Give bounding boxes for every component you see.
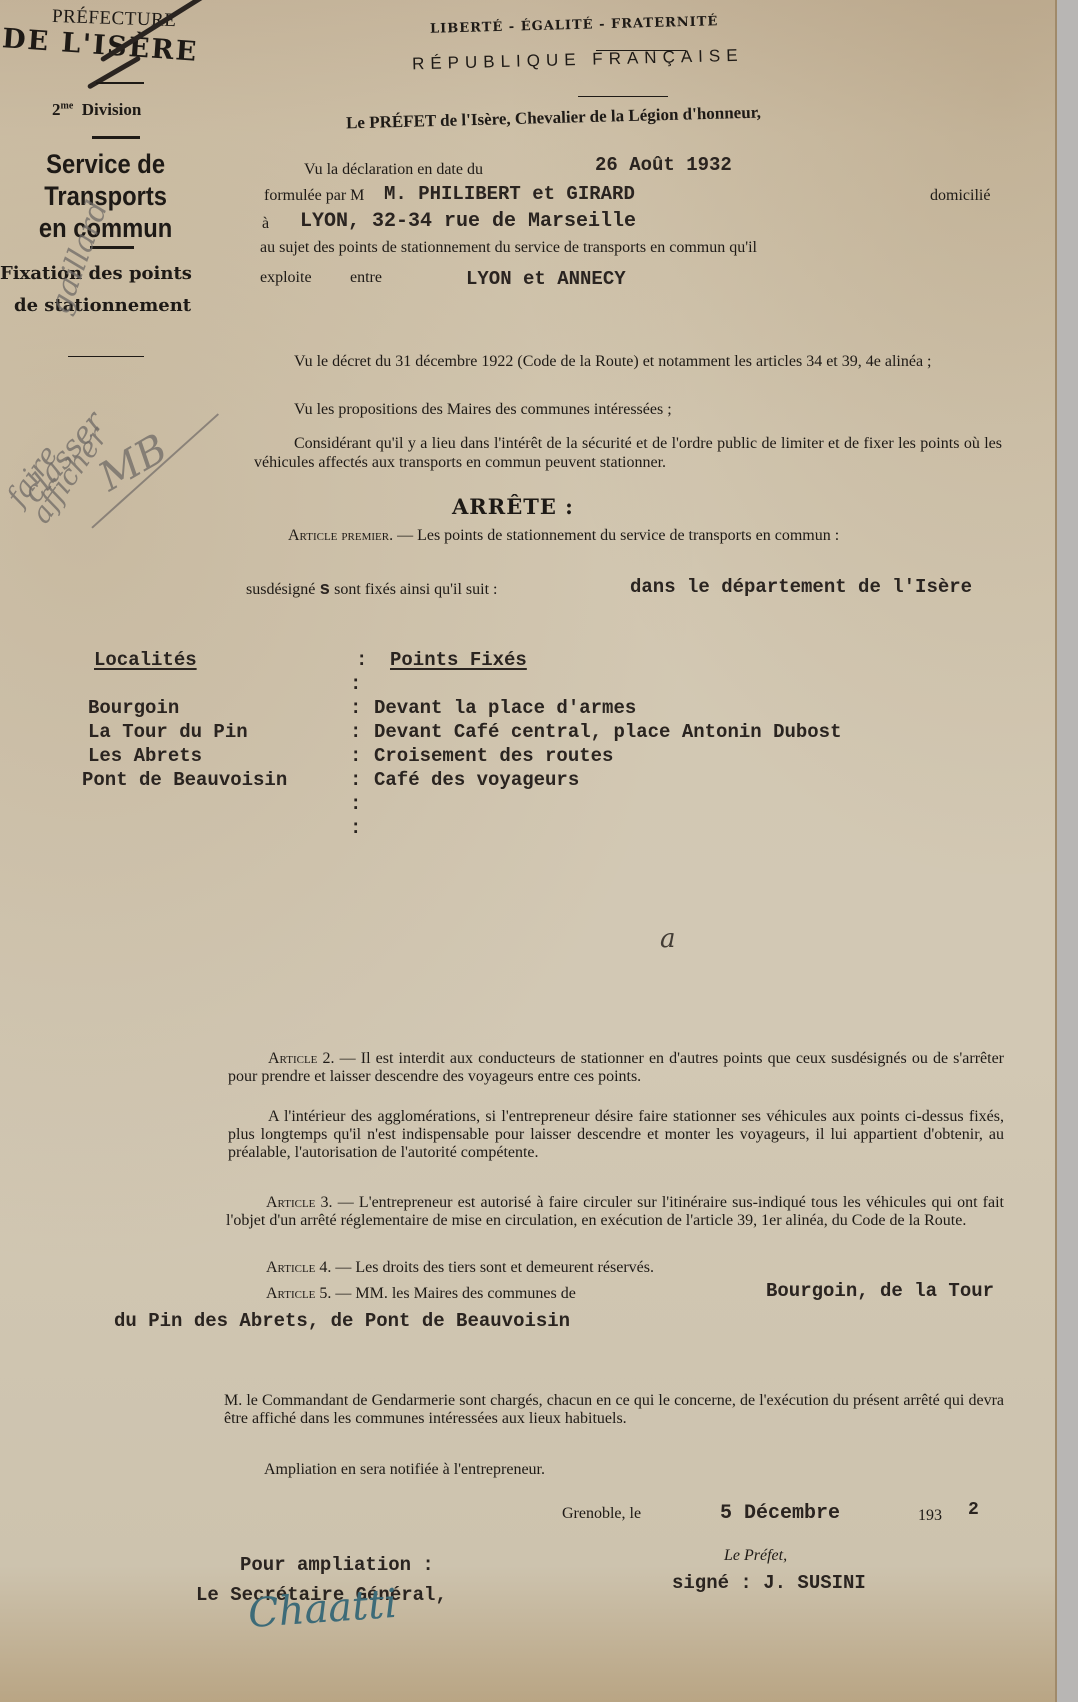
entre-label: entre	[350, 268, 382, 287]
division-label: 2me Division	[52, 100, 141, 120]
article-5-communes-2: du Pin des Abrets, de Pont de Beauvoisin	[114, 1310, 570, 1332]
divider	[92, 136, 140, 139]
considerant-maires: Vu les propositions des Maires des commu…	[254, 400, 1002, 419]
exploite-label: exploite	[260, 268, 312, 287]
closing-place: Grenoble, le	[562, 1504, 641, 1523]
article-5-communes-1: Bourgoin, de la Tour	[766, 1280, 994, 1302]
ornament-divider	[68, 356, 144, 357]
republic-motto: LIBERTÉ - ÉGALITÉ - FRATERNITÉ	[430, 14, 719, 37]
a-label: à	[262, 214, 269, 233]
declaration-intro: Vu la déclaration en date du	[304, 160, 483, 179]
considerant-securite: Considérant qu'il y a lieu dans l'intérê…	[254, 434, 1002, 472]
table-row: Les Abrets : Croisement des routes	[88, 744, 988, 768]
column-header-points: Points Fixés	[390, 649, 527, 671]
gendarmerie-paragraph: M. le Commandant de Gendarmerie sont cha…	[224, 1392, 1004, 1428]
article-premier-continuation: susdésigné s sont fixés ainsi qu'il suit…	[246, 580, 497, 600]
declaration-subject: au sujet des points de stationnement du …	[260, 238, 1000, 257]
article-3: Article 3. — L'entrepreneur est autorisé…	[226, 1194, 1004, 1230]
article-premier: Article premier. — Les points de station…	[248, 526, 1004, 545]
stray-mark: a	[660, 924, 676, 954]
table-row: La Tour du Pin : Devant Café central, pl…	[88, 720, 988, 744]
prefet-title: Le PRÉFET de l'Isère, Chevalier de la Lé…	[346, 103, 761, 134]
subject-title: Fixation des points de stationnement	[0, 258, 192, 322]
prefet-signature: signé : J. SUSINI	[672, 1572, 866, 1594]
document-page: PRÉFECTURE DE L'ISÈRE 2me Division Servi…	[0, 0, 1057, 1702]
republic-title: RÉPUBLIQUE FRANÇAISE	[412, 46, 744, 75]
article-5: Article 5. — MM. les Maires des communes…	[266, 1284, 576, 1303]
table-row: Pont de Beauvoisin : Café des voyageurs	[88, 768, 988, 792]
article-premier-scope: dans le département de l'Isère	[630, 576, 972, 598]
ornament-divider	[578, 96, 668, 97]
column-header-localites: Localités	[94, 649, 197, 671]
article-4: Article 4. — Les droits des tiers sont e…	[266, 1258, 654, 1277]
closing-year-typed: 2	[968, 1500, 979, 1520]
route: LYON et ANNECY	[466, 268, 626, 290]
arrete-heading: ARRÊTE :	[452, 494, 574, 519]
table-row: Bourgoin : Devant la place d'armes	[88, 696, 988, 720]
declarants: M. PHILIBERT et GIRARD	[384, 183, 635, 205]
considerant-decret: Vu le décret du 31 décembre 1922 (Code d…	[254, 352, 1002, 371]
domicilie-label: domicilié	[930, 186, 990, 205]
closing-date: 5 Décembre	[720, 1502, 840, 1525]
prefet-signature-label: Le Préfet,	[724, 1546, 787, 1565]
ampliation-note: Ampliation en sera notifiée à l'entrepre…	[264, 1460, 545, 1479]
formulee-label: formulée par M	[264, 186, 364, 205]
stations-table: Localités : Points Fixés : Bourgoin : De…	[88, 648, 988, 840]
closing-year-printed: 193	[918, 1506, 942, 1525]
ampliation-label: Pour ampliation :	[240, 1554, 434, 1576]
declarant-address: LYON, 32-34 rue de Marseille	[300, 210, 636, 233]
handwritten-signature: Chaatti	[247, 1581, 399, 1637]
article-2-paragraph-2: A l'intérieur des agglomérations, si l'e…	[228, 1108, 1004, 1162]
table-header: Localités : Points Fixés	[88, 648, 988, 672]
divider	[96, 82, 144, 84]
article-2: Article 2. — Il est interdit aux conduct…	[228, 1050, 1004, 1086]
declaration-date: 26 Août 1932	[595, 154, 732, 176]
